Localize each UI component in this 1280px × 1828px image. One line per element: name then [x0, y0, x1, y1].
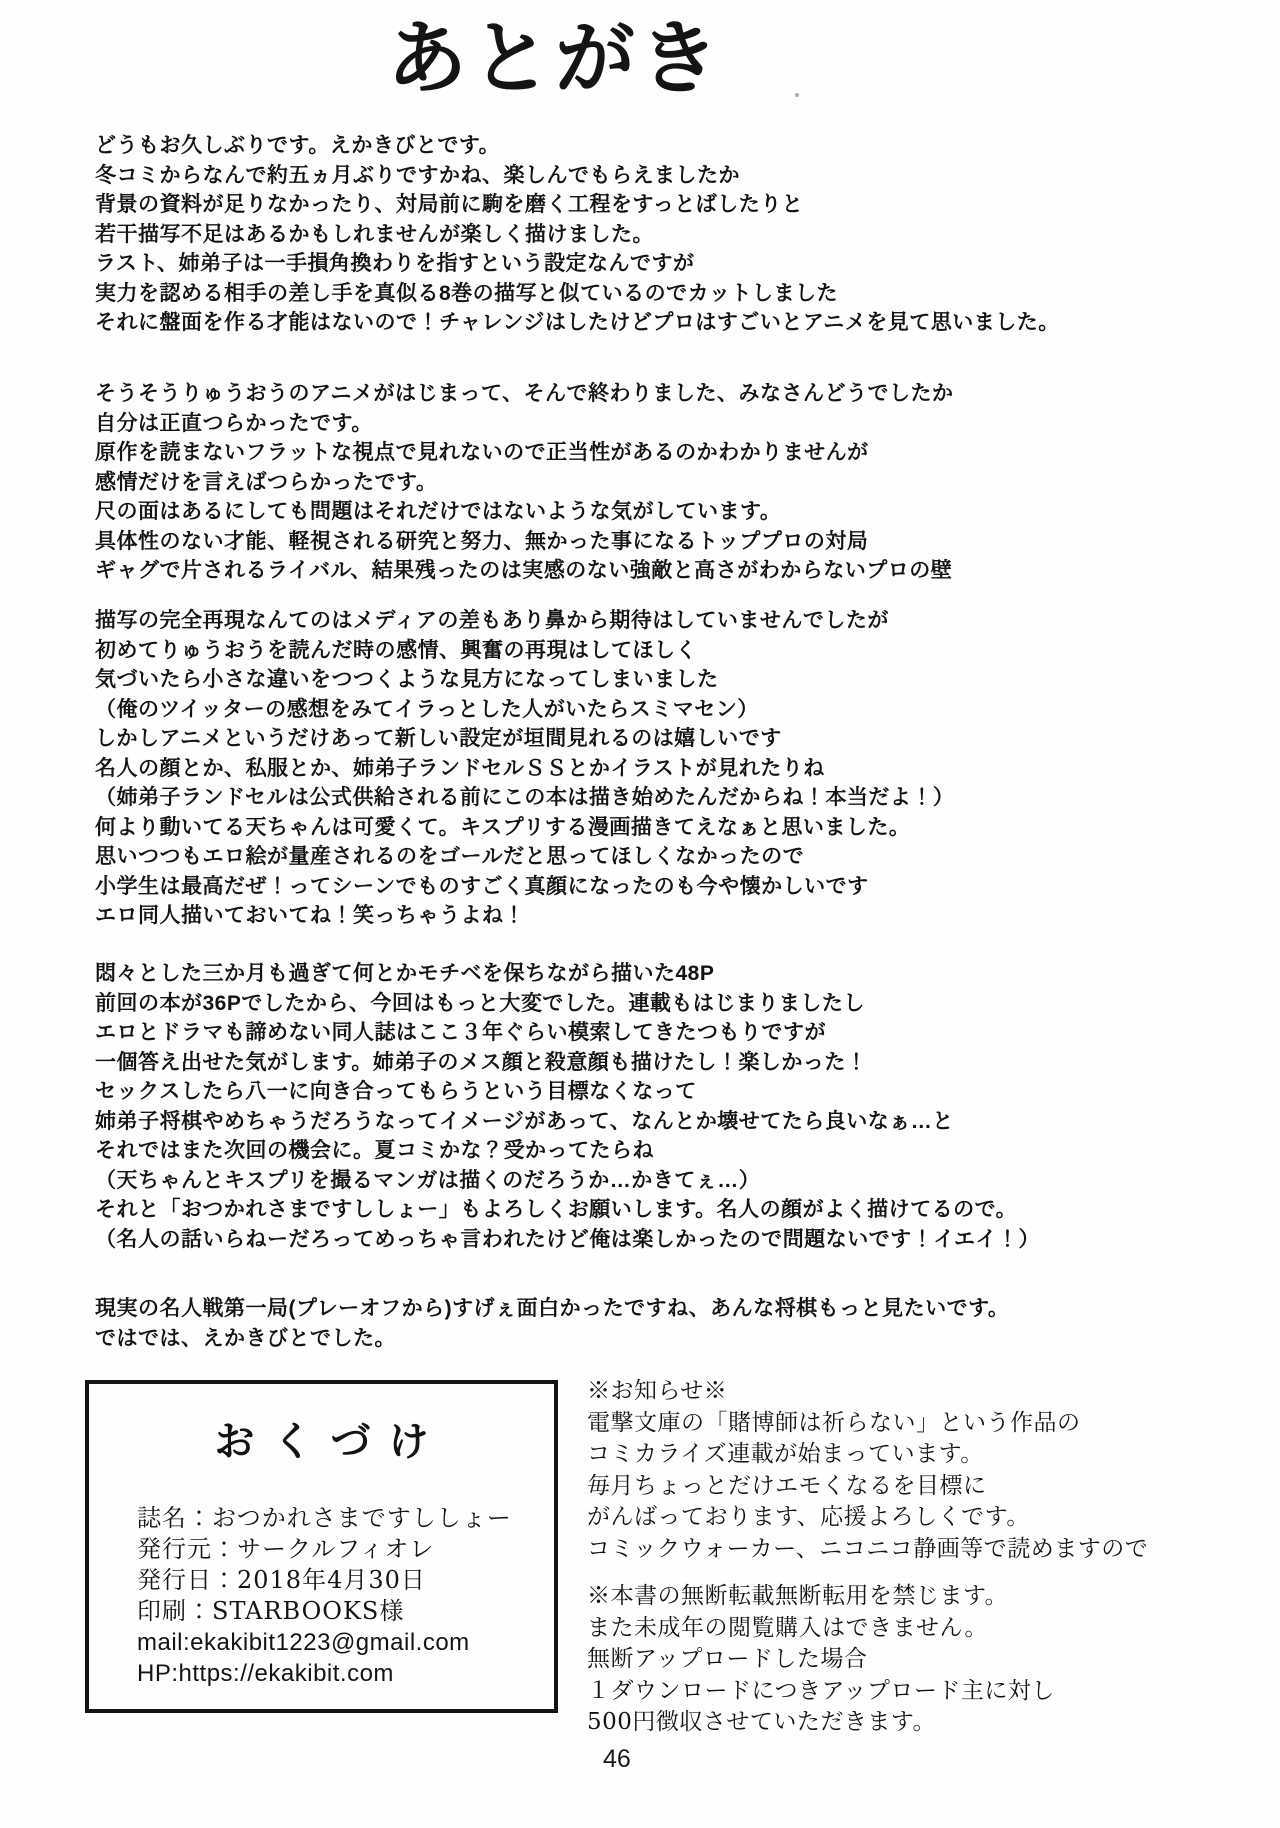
notices-column: ※お知らせ※電撃文庫の「賭博師は祈らない」という作品のコミカライズ連載が始まって… [587, 1376, 1187, 1739]
text-line: 感情だけを言えばつらかったです。 [95, 468, 1240, 498]
text-line: 実力を認める相手の差し手を真似る8巻の描写と似ているのでカットしました [95, 279, 1240, 309]
text-line: 名人の顔とか、私服とか、姉弟子ランドセルＳＳとかイラストが見れたりね [95, 754, 1240, 784]
text-line: また未成年の閲覧購入はできません。 [587, 1613, 1187, 1645]
text-line: コミックウォーカー、ニコニコ静画等で読めますので [587, 1534, 1187, 1566]
text-line: （名人の話いらねーだろってめっちゃ言われたけど俺は楽しかったので問題ないです！イ… [95, 1225, 1240, 1255]
afterword-page: あとがき どうもお久しぶりです。えかきびとです。冬コミからなんで約五ヵ月ぶりです… [0, 0, 1280, 1828]
text-line: 若干描写不足はあるかもしれませんが楽しく描けました。 [95, 220, 1240, 250]
text-line: HP:https://ekakibit.com [137, 1658, 554, 1689]
text-line: 原作を読まないフラットな視点で見れないので正当性があるのかわかりませんが [95, 438, 1240, 468]
text-line: 発行元：サークルフィオレ [137, 1534, 554, 1565]
text-line: 思いつつもエロ絵が量産されるのをゴールだと思ってほしくなかったので [95, 842, 1240, 872]
text-line: 現実の名人戦第一局(プレーオフから)すげぇ面白かったですね、あんな将棋もっと見た… [95, 1294, 1240, 1324]
text-line: そうそうりゅうおうのアニメがはじまって、そんで終わりました、みなさんどうでしたか [95, 379, 1240, 409]
scan-speck [795, 93, 799, 97]
text-line: 描写の完全再現なんてのはメディアの差もあり鼻から期待はしていませんでしたが [95, 606, 1240, 636]
text-line: 尺の面はあるにしても問題はそれだけではないような気がしています。 [95, 497, 1240, 527]
text-line: 毎月ちょっとだけエモくなるを目標に [587, 1471, 1187, 1503]
text-line: 一個答え出せた気がします。姉弟子のメス顔と殺意顔も描けたし！楽しかった！ [95, 1048, 1240, 1078]
copyright-notice: ※本書の無断転載無断転用を禁じます。また未成年の閲覧購入はできません。無断アップ… [587, 1581, 1187, 1739]
text-line: ギャグで片されるライバル、結果残ったのは実感のない強敵と高さがわからないプロの壁 [95, 556, 1240, 586]
text-line: mail:ekakibit1223@gmail.com [137, 1627, 554, 1658]
text-line: それに盤面を作る才能はないので！チャレンジはしたけどプロはすごいとアニメを見て思… [95, 308, 1240, 338]
text-line: 前回の本が36Pでしたから、今回はもっと大変でした。連載もはじまりましたし [95, 989, 1240, 1019]
text-line: エロ同人描いておいてね！笑っちゃうよね！ [95, 901, 1240, 931]
text-line: 姉弟子将棋やめちゃうだろうなってイメージがあって、なんとか壊せてたら良いなぁ…と [95, 1107, 1240, 1137]
text-line: 背景の資料が足りなかったり、対局前に駒を磨く工程をすっとばしたりと [95, 190, 1240, 220]
text-line: （天ちゃんとキスプリを撮るマンガは描くのだろうか…かきてぇ…） [95, 1166, 1240, 1196]
text-line: 冬コミからなんで約五ヵ月ぶりですかね、楽しんでもらえましたか [95, 161, 1240, 191]
text-line: 500円徴収させていただきます。 [587, 1707, 1187, 1739]
colophon-details: 誌名：おつかれさまですししょー発行元：サークルフィオレ発行日：2018年4月30… [89, 1503, 554, 1689]
text-line: がんばっております、応援よろしくです。 [587, 1502, 1187, 1534]
text-line: １ダウンロードにつきアップロード主に対し [587, 1676, 1187, 1708]
colophon-title: おくづけ [89, 1384, 554, 1467]
text-line: ※お知らせ※ [587, 1376, 1187, 1408]
text-line: しかしアニメというだけあって新しい設定が垣間見れるのは嬉しいです [95, 724, 1240, 754]
text-line: （姉弟子ランドセルは公式供給される前にこの本は描き始めたんだからね！本当だよ！） [95, 783, 1240, 813]
paragraph-production-notes: 悶々とした三か月も過ぎて何とかモチベを保ちながら描いた48P前回の本が36Pでし… [95, 959, 1240, 1254]
text-line: それと「おつかれさまですししょー」もよろしくお願いします。名人の顔がよく描けてる… [95, 1195, 1240, 1225]
text-line: 無断アップロードした場合 [587, 1644, 1187, 1676]
text-line: ラスト、姉弟子は一手損角換わりを指すという設定なんですが [95, 249, 1240, 279]
text-line: 自分は正直つらかったです。 [95, 409, 1240, 439]
text-line: エロとドラマも諦めない同人誌はここ３年ぐらい模索してきたつもりですが [95, 1018, 1240, 1048]
text-line: セックスしたら八一に向き合ってもらうという目標なくなって [95, 1077, 1240, 1107]
text-line: 誌名：おつかれさまですししょー [137, 1503, 554, 1534]
paragraph-intro: どうもお久しぶりです。えかきびとです。冬コミからなんで約五ヵ月ぶりですかね、楽し… [95, 131, 1240, 338]
text-line: どうもお久しぶりです。えかきびとです。 [95, 131, 1240, 161]
text-line: 印刷：STARBOOKS様 [137, 1596, 554, 1627]
announcement-notice: ※お知らせ※電撃文庫の「賭博師は祈らない」という作品のコミカライズ連載が始まって… [587, 1376, 1187, 1565]
text-line: ※本書の無断転載無断転用を禁じます。 [587, 1581, 1187, 1613]
text-line: コミカライズ連載が始まっています。 [587, 1439, 1187, 1471]
colophon-box: おくづけ 誌名：おつかれさまですししょー発行元：サークルフィオレ発行日：2018… [85, 1380, 558, 1713]
text-line: 何より動いてる天ちゃんは可愛くて。キスプリする漫画描きてえなぁと思いました。 [95, 813, 1240, 843]
text-line: 小学生は最高だぜ！ってシーンでものすごく真顔になったのも今や懐かしいです [95, 872, 1240, 902]
text-line: 気づいたら小さな違いをつつくような見方になってしまいました [95, 665, 1240, 695]
page-number: 46 [603, 1745, 631, 1774]
text-line: 具体性のない才能、軽視される研究と努力、無かった事になるトッププロの対局 [95, 527, 1240, 557]
text-line: 初めてりゅうおうを読んだ時の感情、興奮の再現はしてほしく [95, 636, 1240, 666]
page-title: あとがき [0, 14, 1110, 102]
paragraph-closing: 現実の名人戦第一局(プレーオフから)すげぇ面白かったですね、あんな将棋もっと見た… [95, 1294, 1240, 1353]
paragraph-adaptation-thoughts: 描写の完全再現なんてのはメディアの差もあり鼻から期待はしていませんでしたが初めて… [95, 606, 1240, 931]
text-line: ではでは、えかきびとでした。 [95, 1324, 1240, 1354]
text-line: 発行日：2018年4月30日 [137, 1565, 554, 1596]
text-line: （俺のツイッターの感想をみてイラっとした人がいたらスミマセン） [95, 695, 1240, 725]
text-line: 悶々とした三か月も過ぎて何とかモチベを保ちながら描いた48P [95, 959, 1240, 989]
paragraph-anime-impressions: そうそうりゅうおうのアニメがはじまって、そんで終わりました、みなさんどうでしたか… [95, 379, 1240, 586]
text-line: 電撃文庫の「賭博師は祈らない」という作品の [587, 1408, 1187, 1440]
text-line: それではまた次回の機会に。夏コミかな？受かってたらね [95, 1136, 1240, 1166]
